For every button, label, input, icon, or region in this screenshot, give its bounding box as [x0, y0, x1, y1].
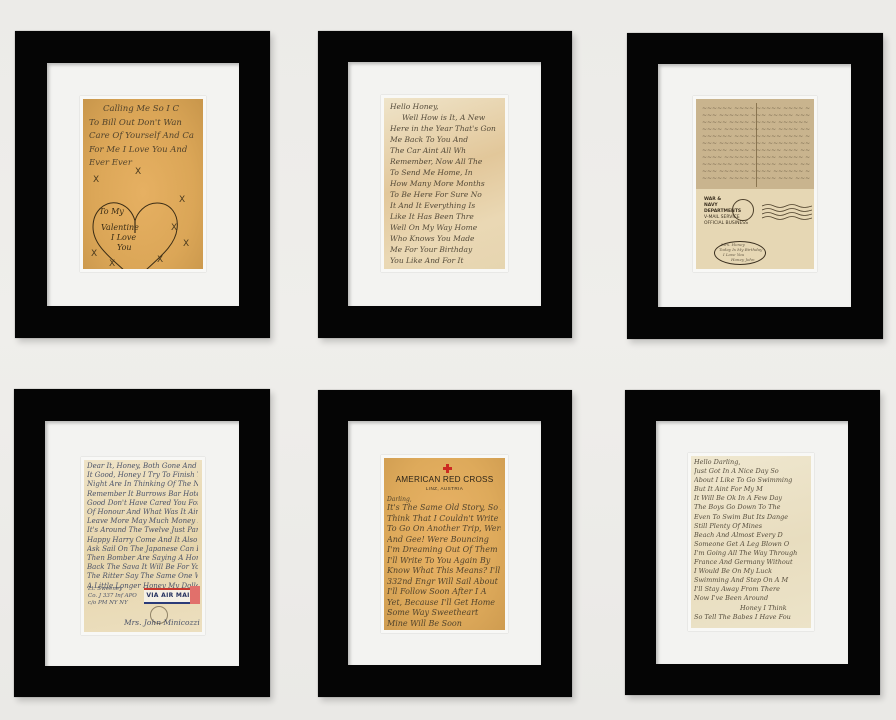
postmark-icon: [732, 199, 754, 221]
handwritten-line: The Ritter Say The Same One Who: [87, 572, 198, 581]
handwritten-line: I'm Going All The Way Through: [694, 549, 807, 558]
handwritten-line: About I Like To Go Swimming: [694, 476, 807, 485]
handwritten-line: Swimming And Step On A M: [694, 576, 807, 585]
handwritten-line: To Bill Out Don't Wan: [89, 117, 199, 131]
handwritten-line: Someone Get A Leg Blown O: [694, 540, 807, 549]
cancellation-waves-icon: [762, 203, 812, 221]
handwritten-line: I'll Follow Soon After I A: [387, 587, 501, 598]
postage-stamp: [190, 586, 200, 604]
x-mark: X: [171, 223, 177, 233]
handwritten-line: France And Germany Without: [694, 558, 807, 567]
frame-mat: Hello Honey, Well How is It, A New Here …: [348, 62, 541, 306]
picture-frame-1: Calling Me So I C To Bill Out Don't Wan …: [15, 31, 270, 338]
handwritten-line: Then Bomber Are Saying A Honeymoon: [87, 554, 198, 563]
handwritten-line: Mine Will Be Soon: [387, 619, 501, 630]
valentine-letter: Calling Me So I C To Bill Out Don't Wan …: [80, 96, 206, 272]
handwritten-line: Dear It, Honey, Both Gone And Boys Maybe: [87, 462, 198, 471]
handwritten-line: It Will Be Ok In A Few Day: [694, 494, 807, 503]
handwritten-line: Just Got In A Nice Day So: [694, 467, 807, 476]
x-mark: X: [93, 175, 99, 185]
handwritten-line: Hello Honey,: [390, 101, 501, 112]
handwritten-line: But It Aint For My M: [694, 485, 807, 494]
handwritten-line: You Like And For It: [390, 255, 501, 266]
picture-frame-2: Hello Honey, Well How is It, A New Here …: [318, 31, 572, 338]
x-mark: X: [157, 255, 163, 265]
heart-text: You: [117, 243, 132, 253]
heart-text: To My: [99, 207, 124, 216]
handwritten-line: Know What This Means? I'll: [387, 566, 501, 577]
handwritten-line: I'm Dreaming Out Of Them: [387, 545, 501, 556]
handwritten-line: Beach And Almost Every D: [694, 531, 807, 540]
handwritten-line: Night Are In Thinking Of The Night One D…: [87, 480, 198, 489]
handwritten-line: Back The Sava It Will Be For You And How: [87, 563, 198, 572]
handwritten-line: How Many More Months: [390, 178, 501, 189]
v-mail-letter: ~~~~~~ ~~~~ ~~~~~ ~~~~ ~~~~~~ ~~~~ ~~~ ~…: [693, 96, 817, 272]
frame-mat: Calling Me So I C To Bill Out Don't Wan …: [47, 63, 239, 306]
handwritten-line: Ask Sail On The Japanese Can Be Seen: [87, 545, 198, 554]
handwritten-line: Think That I Couldn't Write: [387, 514, 501, 525]
picture-frame-5: AMERICAN RED CROSS LINZ, AUSTRIA Darling…: [318, 390, 572, 697]
handwritten-line: Honey I Think: [694, 604, 807, 613]
handwritten-line: To Be Here For Sure No: [390, 189, 501, 200]
return-address-line: c/o PM NY NY: [88, 600, 137, 607]
handwritten-line: 332nd Engr Will Sail About: [387, 577, 501, 588]
handwritten-line: Leave More May Much Money Bill Will Last: [87, 517, 198, 526]
frame-mat: AMERICAN RED CROSS LINZ, AUSTRIA Darling…: [348, 421, 541, 665]
handwritten-line: Well How is It, A New: [390, 112, 501, 123]
handwritten-line: Yet, Because I'll Get Home: [387, 598, 501, 609]
handwritten-line: To Send Me Home, In: [390, 167, 501, 178]
handwritten-line: Good Don't Have Cared You Forgot You Wer…: [87, 499, 198, 508]
hello-darling-letter: Hello Darling, Just Got In A Nice Day So…: [688, 453, 814, 631]
handwritten-line: Happy Harry Come And It Also Off: [87, 536, 198, 545]
heart-text: I Love: [111, 233, 136, 243]
handwritten-line: It Good, Honey I Try To Finish The Best …: [87, 471, 198, 480]
frame-mat: ~~~~~~ ~~~~ ~~~~~ ~~~~ ~~~~~~ ~~~~ ~~~ ~…: [658, 64, 851, 307]
handwritten-line: Calling Me So I C: [89, 103, 199, 117]
picture-frame-6: Hello Darling, Just Got In A Nice Day So…: [625, 390, 880, 695]
handwritten-line: To Go On Another Trip, Were: [387, 524, 501, 535]
handwritten-line: Now I've Been Around: [694, 594, 807, 603]
handwritten-line: It's The Same Old Story, So I: [387, 503, 501, 514]
handwritten-line: Me For Your Birthday: [390, 244, 501, 255]
handwritten-line: Here in the Year That's Gon: [390, 123, 501, 134]
picture-frame-4: Dear It, Honey, Both Gone And Boys Maybe…: [14, 389, 270, 697]
v-mail-header-label: WAR & NAVY DEPARTMENTS: [704, 197, 732, 215]
return-address-line: Lt. Sweeney: [88, 586, 137, 593]
v-mail-envelope-section: WAR & NAVY DEPARTMENTS V-MAIL SERVICE OF…: [696, 189, 814, 269]
airmail-letter: Dear It, Honey, Both Gone And Boys Maybe…: [81, 457, 205, 635]
handwritten-line: I'll Write To You Again By: [387, 556, 501, 567]
red-cross-letter: AMERICAN RED CROSS LINZ, AUSTRIA Darling…: [381, 455, 508, 633]
handwritten-line: The Car Aint All Wh: [390, 145, 501, 156]
letterhead-title: AMERICAN RED CROSS: [384, 475, 505, 484]
handwritten-line: Even To Swim But Its Dange: [694, 513, 807, 522]
v-mail-header-sub: OFFICIAL BUSINESS: [704, 221, 748, 227]
handwritten-line: It And It Everything Is: [390, 200, 501, 211]
handwritten-line: The Boys Go Down To The: [694, 503, 807, 512]
picture-frame-3: ~~~~~~ ~~~~ ~~~~~ ~~~~ ~~~~~~ ~~~~ ~~~ ~…: [627, 33, 883, 339]
handwritten-line: Still Plenty Of Mines: [694, 522, 807, 531]
handwritten-line: It's Around The Twelve Just Part Cow: [87, 526, 198, 535]
handwritten-line: I'll Stay Away From There: [694, 585, 807, 594]
address-oval: Mrs. Honey Today Is My Birthday I Love Y…: [714, 241, 766, 265]
hello-honey-letter: Hello Honey, Well How is It, A New Here …: [381, 95, 508, 272]
letterhead-subtitle: LINZ, AUSTRIA: [384, 486, 505, 491]
handwritten-line: Care Of Yourself And Ca: [89, 130, 199, 144]
handwritten-line: And Gee! Were Bouncing: [387, 535, 501, 546]
x-mark: X: [183, 239, 189, 249]
handwritten-line: Some Way Sweetheart: [387, 608, 501, 619]
via-air-mail-label: VIA AIR MAI: [144, 588, 192, 604]
handwritten-line: Of Honour And What Was It Aint Much Do I…: [87, 508, 198, 517]
frame-mat: Dear It, Honey, Both Gone And Boys Maybe…: [45, 421, 239, 666]
handwritten-line: Who Knows You Made: [390, 233, 501, 244]
handwritten-line: Remember It Burrows Bar Hotel And Took A…: [87, 490, 198, 499]
heart-text: Valentine: [101, 223, 139, 233]
frame-mat: Hello Darling, Just Got In A Nice Day So…: [656, 421, 848, 664]
x-mark: X: [91, 249, 97, 259]
handwritten-line: Like It Has Been Thre: [390, 211, 501, 222]
handwritten-line: Hello Darling,: [694, 458, 807, 467]
handwritten-line: For Me I Love You And: [89, 144, 199, 158]
x-mark: X: [135, 167, 141, 177]
x-mark: X: [109, 259, 115, 269]
handwritten-line: Darling,: [387, 496, 501, 503]
handwritten-line: Me Back To You And: [390, 134, 501, 145]
handwritten-line: I Would Be On My Luck: [694, 567, 807, 576]
signature: Mrs. John Minicozzi: [124, 618, 200, 627]
red-cross-icon: [443, 464, 452, 473]
handwritten-line: Well On My Way Home: [390, 222, 501, 233]
return-address-line: Co. J 337 Inf APO: [88, 593, 137, 600]
handwritten-line: Remember, Now All The: [390, 156, 501, 167]
x-mark: X: [179, 195, 185, 205]
handwritten-line: So Tell The Babes I Have Fou: [694, 613, 807, 622]
handwritten-line: Ever Ever: [89, 157, 199, 171]
